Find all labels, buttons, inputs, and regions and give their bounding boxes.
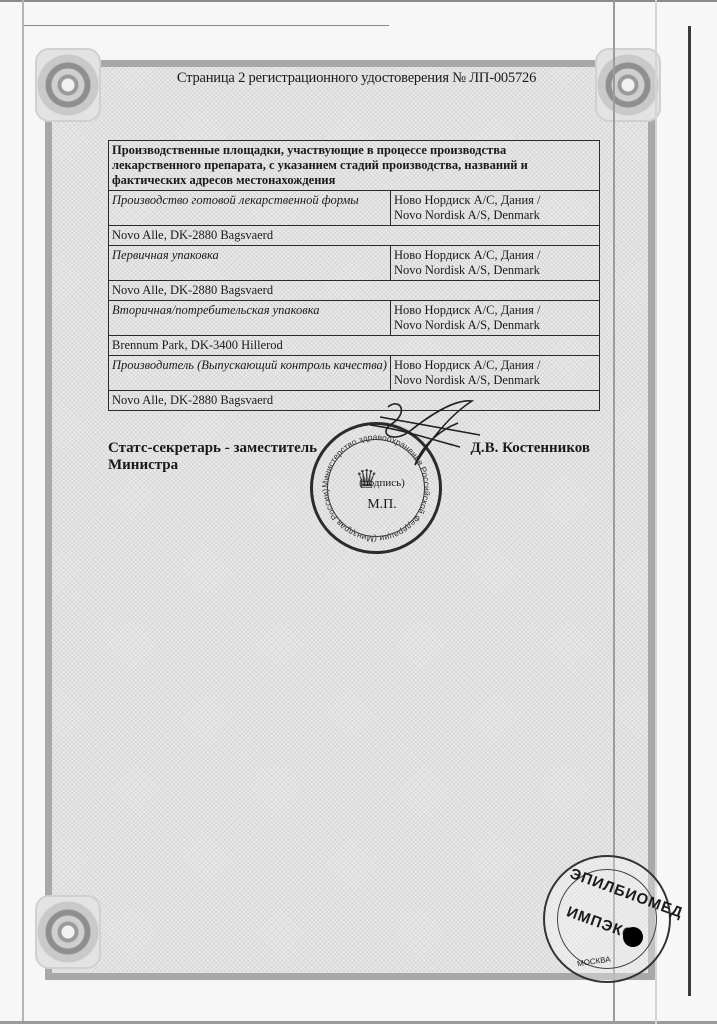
- table-row: Вторичная/потребительская упаковка Ново …: [109, 301, 600, 336]
- manufacturer-en: Novo Nordisk A/S, Denmark: [394, 373, 596, 388]
- page-title: Страница 2 регистрационного удостоверени…: [177, 70, 536, 87]
- table-row: Novo Alle, DK-2880 Bagsvaerd: [109, 281, 600, 301]
- table-row: Brennum Park, DK-3400 Hillerod: [109, 336, 600, 356]
- manufacturer-ru: Ново Нордиск А/С, Дания /: [394, 303, 596, 318]
- stage-cell: Первичная упаковка: [109, 246, 391, 281]
- manufacturer-cell: Ново Нордиск А/С, Дания / Novo Nordisk A…: [391, 356, 600, 391]
- scan-border-bar: [688, 26, 691, 996]
- table-heading: Производственные площадки, участвующие в…: [109, 141, 600, 191]
- scan-edge-left: [22, 0, 24, 1024]
- address-cell: Novo Alle, DK-2880 Bagsvaerd: [109, 226, 600, 246]
- manufacturer-ru: Ново Нордиск А/С, Дания /: [394, 193, 596, 208]
- manufacturer-en: Novo Nordisk A/S, Denmark: [394, 208, 596, 223]
- punch-hole-icon: [623, 927, 643, 947]
- address-cell: Brennum Park, DK-3400 Hillerod: [109, 336, 600, 356]
- signatory-title-line: Статс-секретарь - заместитель: [108, 440, 317, 457]
- manufacturer-cell: Ново Нордиск А/С, Дания / Novo Nordisk A…: [391, 246, 600, 281]
- table-row: Производство готовой лекарственной формы…: [109, 191, 600, 226]
- stage-cell: Производство готовой лекарственной формы: [109, 191, 391, 226]
- address-cell: Novo Alle, DK-2880 Bagsvaerd: [109, 391, 600, 411]
- table-row: Первичная упаковка Ново Нордиск А/С, Дан…: [109, 246, 600, 281]
- scan-edge-top: [0, 0, 717, 2]
- manufacturer-cell: Ново Нордиск А/С, Дания / Novo Nordisk A…: [391, 301, 600, 336]
- handwritten-signature-icon: [360, 395, 500, 505]
- manufacturer-ru: Ново Нордиск А/С, Дания /: [394, 248, 596, 263]
- scan-line: [24, 25, 389, 26]
- signatory-title: Статс-секретарь - заместитель Министра: [108, 440, 317, 474]
- rosette-ornament-icon: [35, 895, 101, 969]
- manufacturer-en: Novo Nordisk A/S, Denmark: [394, 318, 596, 333]
- stage-cell: Производитель (Выпускающий контроль каче…: [109, 356, 391, 391]
- stage-cell: Вторичная/потребительская упаковка: [109, 301, 391, 336]
- company-stamp: ЭПИЛБИОМЕД ИМПЭКС МОСКВА: [543, 855, 671, 983]
- address-cell: Novo Alle, DK-2880 Bagsvaerd: [109, 281, 600, 301]
- manufacturer-en: Novo Nordisk A/S, Denmark: [394, 263, 596, 278]
- production-sites-table: Производственные площадки, участвующие в…: [108, 140, 600, 411]
- manufacturer-cell: Ново Нордиск А/С, Дания / Novo Nordisk A…: [391, 191, 600, 226]
- table-row: Производитель (Выпускающий контроль каче…: [109, 356, 600, 391]
- table-row: Novo Alle, DK-2880 Bagsvaerd: [109, 226, 600, 246]
- stamp-city: МОСКВА: [577, 955, 612, 969]
- page-header: Страница 2 регистрационного удостоверени…: [0, 70, 717, 87]
- manufacturer-ru: Ново Нордиск А/С, Дания /: [394, 358, 596, 373]
- fold-line: [655, 0, 657, 1024]
- table-row: Novo Alle, DK-2880 Bagsvaerd: [109, 391, 600, 411]
- signatory-title-line: Министра: [108, 457, 317, 474]
